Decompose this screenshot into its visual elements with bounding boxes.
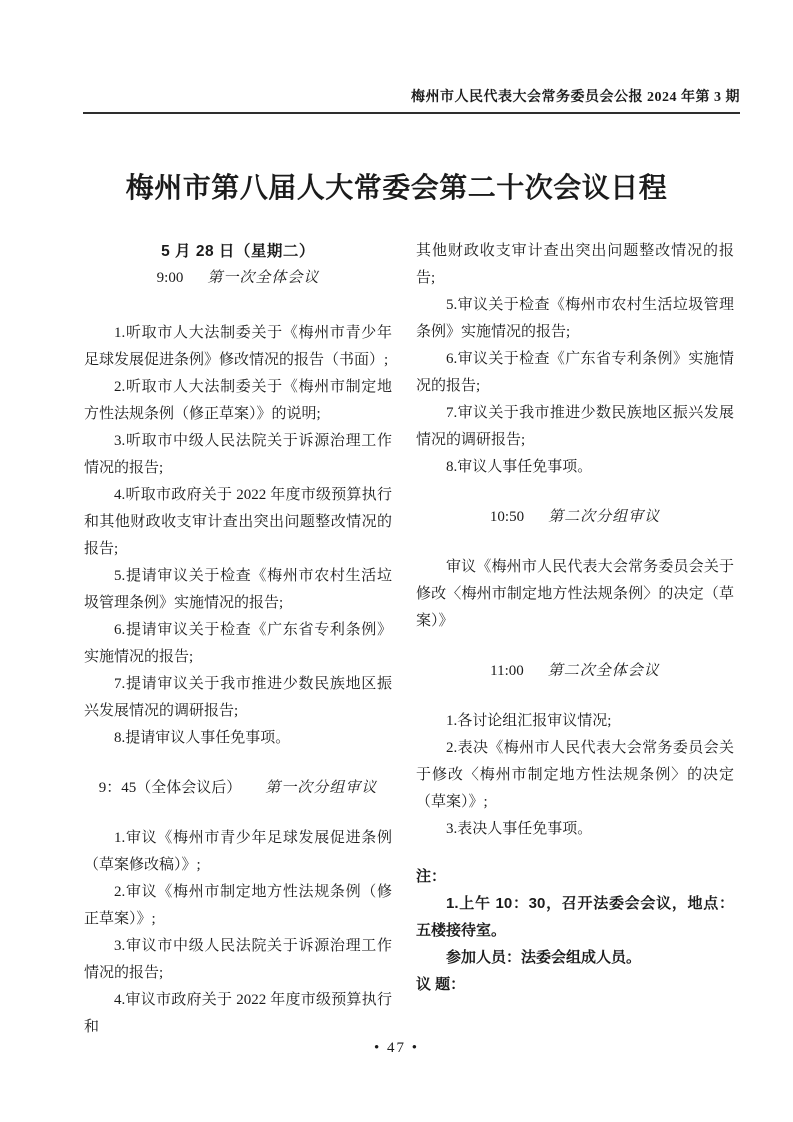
document-title: 梅州市第八届人大常委会第二十次会议日程 bbox=[0, 166, 793, 206]
agenda-item: 6.提请审议关于检查《广东省专利条例》实施情况的报告; bbox=[84, 617, 392, 671]
agenda-item: 6.审议关于检查《广东省专利条例》实施情况的报告; bbox=[416, 346, 734, 400]
agenda-item: 3.听取市中级人民法院关于诉源治理工作情况的报告; bbox=[84, 428, 392, 482]
note-line: 参加人员：法委会组成人员。 bbox=[416, 944, 734, 971]
note-line: 议 题： bbox=[416, 971, 734, 998]
agenda-item: 2.审议《梅州市制定地方性法规条例（修正草案）》; bbox=[84, 879, 392, 933]
session1-time: 9:00 bbox=[157, 270, 184, 286]
agenda-item: 4.听取市政府关于 2022 年度市级预算执行和其他财政收支审计查出突出问题整改… bbox=[84, 482, 392, 563]
session1-heading: 9:00第一次全体会议 bbox=[84, 265, 392, 292]
agenda-item: 7.审议关于我市推进少数民族地区振兴发展情况的调研报告; bbox=[416, 400, 734, 454]
notes-section: 注： 1.上午 10：30，召开法委会会议，地点：五楼接待室。 参加人员：法委会… bbox=[416, 863, 734, 998]
session1-name: 第一次全体会议 bbox=[207, 270, 319, 286]
content-columns: 5 月 28 日（星期二） 9:00第一次全体会议 1.听取市人大法制委关于《梅… bbox=[84, 238, 734, 1041]
session3-time: 10:50 bbox=[490, 509, 524, 525]
agenda-item: 1.听取市人大法制委关于《梅州市青少年足球发展促进条例》修改情况的报告（书面）; bbox=[84, 320, 392, 374]
session4-heading: 11:00第二次全体会议 bbox=[416, 658, 734, 685]
page-number: • 47 • bbox=[0, 1040, 793, 1057]
agenda-item: 1.审议《梅州市青少年足球发展促进条例（草案修改稿）》; bbox=[84, 825, 392, 879]
session4-time: 11:00 bbox=[490, 663, 524, 679]
note-line: 1.上午 10：30，召开法委会会议，地点：五楼接待室。 bbox=[416, 890, 734, 944]
session4-name: 第二次全体会议 bbox=[548, 663, 660, 679]
gazette-page: 梅州市人民代表大会常务委员会公报 2024 年第 3 期 梅州市第八届人大常委会… bbox=[0, 0, 793, 1122]
agenda-item: 5.审议关于检查《梅州市农村生活垃圾管理条例》实施情况的报告; bbox=[416, 292, 734, 346]
agenda-paragraph: 审议《梅州市人民代表大会常务委员会关于修改〈梅州市制定地方性法规条例〉的决定（草… bbox=[416, 554, 734, 635]
agenda-item: 8.提请审议人事任免事项。 bbox=[84, 725, 392, 752]
agenda-item: 3.表决人事任免事项。 bbox=[416, 816, 734, 843]
agenda-item-carryover: 其他财政收支审计查出突出问题整改情况的报告; bbox=[416, 238, 734, 292]
session3-heading: 10:50第二次分组审议 bbox=[416, 504, 734, 531]
left-column: 5 月 28 日（星期二） 9:00第一次全体会议 1.听取市人大法制委关于《梅… bbox=[84, 238, 392, 1041]
date-heading: 5 月 28 日（星期二） bbox=[84, 238, 392, 265]
header-rule bbox=[83, 112, 740, 114]
running-head: 梅州市人民代表大会常务委员会公报 2024 年第 3 期 bbox=[84, 86, 740, 106]
note-label: 注： bbox=[416, 863, 734, 890]
agenda-item: 4.审议市政府关于 2022 年度市级预算执行和 bbox=[84, 987, 392, 1041]
session2-name: 第一次分组审议 bbox=[265, 780, 377, 796]
agenda-item: 5.提请审议关于检查《梅州市农村生活垃圾管理条例》实施情况的报告; bbox=[84, 563, 392, 617]
session2-heading: 9：45（全体会议后）第一次分组审议 bbox=[84, 775, 392, 802]
agenda-item: 3.审议市中级人民法院关于诉源治理工作情况的报告; bbox=[84, 933, 392, 987]
agenda-item: 2.听取市人大法制委关于《梅州市制定地方性法规条例（修正草案）》的说明; bbox=[84, 374, 392, 428]
agenda-item: 2.表决《梅州市人民代表大会常务委员会关于修改〈梅州市制定地方性法规条例〉的决定… bbox=[416, 735, 734, 816]
session2-time: 9：45（全体会议后） bbox=[99, 780, 242, 796]
agenda-item: 7.提请审议关于我市推进少数民族地区振兴发展情况的调研报告; bbox=[84, 671, 392, 725]
agenda-item: 8.审议人事任免事项。 bbox=[416, 454, 734, 481]
right-column: 其他财政收支审计查出突出问题整改情况的报告; 5.审议关于检查《梅州市农村生活垃… bbox=[416, 238, 734, 1041]
agenda-item: 1.各讨论组汇报审议情况; bbox=[416, 708, 734, 735]
session3-name: 第二次分组审议 bbox=[548, 509, 660, 525]
